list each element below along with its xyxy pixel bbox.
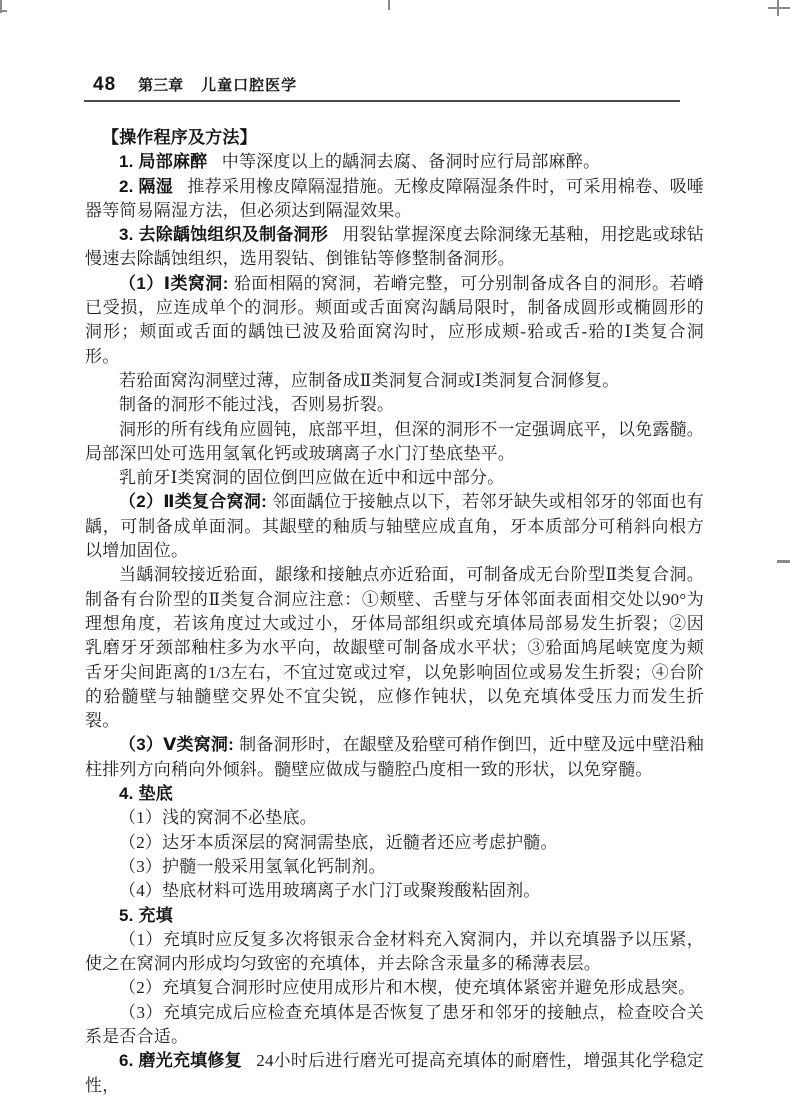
paragraph: 1. 局部麻醉中等深度以上的龋洞去腐、备洞时应行局部麻醉。 xyxy=(85,150,704,174)
paragraph: （2）Ⅱ类复合窝洞:邻面龋位于接触点以下，若邻牙缺失或相邻牙的邻面也有龋，可制备… xyxy=(85,490,704,563)
paragraph-text: 推荐采用橡皮障隔湿措施。无橡皮障隔湿条件时，可采用棉卷、吸唾器等简易隔湿方法，但… xyxy=(85,177,704,220)
paragraph: 5. 充填 xyxy=(85,904,704,928)
paragraph-text: 当龋洞较接近𬌗面，龈缘和接触点亦近𬌗面，可制备成无台阶型Ⅱ类复合洞。制备有台阶型… xyxy=(85,565,704,730)
paragraph-lead: 4. 垫底 xyxy=(119,784,173,803)
page-body: 【操作程序及方法】 1. 局部麻醉中等深度以上的龋洞去腐、备洞时应行局部麻醉。2… xyxy=(85,126,704,1098)
paragraph: （3）护髓一般采用氢氧化钙制剂。 xyxy=(85,855,704,879)
crop-mark-right-middle xyxy=(777,560,790,563)
paragraph-lead: 5. 充填 xyxy=(119,906,173,925)
paragraph: 3. 去除龋蚀组织及制备洞形用裂钻掌握深度去除洞缘无基釉，用挖匙或球钻慢速去除龋… xyxy=(85,223,704,272)
paragraph: 当龋洞较接近𬌗面，龈缘和接触点亦近𬌗面，可制备成无台阶型Ⅱ类复合洞。制备有台阶型… xyxy=(85,563,704,733)
paragraph-lead: 3. 去除龋蚀组织及制备洞形 xyxy=(119,225,328,244)
crop-mark-top-right-horizontal xyxy=(768,7,790,9)
paragraph: （2）达牙本质深层的窝洞需垫底，近髓者还应考虑护髓。 xyxy=(85,831,704,855)
paragraph-text: 中等深度以上的龋洞去腐、备洞时应行局部麻醉。 xyxy=(222,152,600,171)
book-title: 儿童口腔医学 xyxy=(201,74,297,95)
paragraph-text: （2）达牙本质深层的窝洞需垫底，近髓者还应考虑护髓。 xyxy=(119,833,558,852)
paragraph: （1）Ⅰ类窝洞:𬌗面相隔的窝洞，若嵴完整，可分别制备成各自的洞形。若嵴已受损，应… xyxy=(85,272,704,369)
crop-mark-top-left-horizontal xyxy=(0,10,7,12)
paragraph-lead: 1. 局部麻醉 xyxy=(119,152,207,171)
paragraph: 制备的洞形不能过浅，否则易折裂。 xyxy=(85,393,704,417)
paragraph-text: 乳前牙Ⅰ类窝洞的固位倒凹应做在近中和远中部分。 xyxy=(119,468,504,487)
paragraph-text: （2）充填复合洞形时应使用成形片和木楔，使充填体紧密并避免形成悬突。 xyxy=(119,978,695,997)
paragraph: （3）Ⅴ类窝洞:制备洞形时，在龈壁及𬌗壁可稍作倒凹，近中壁及远中壁沿釉柱排列方向… xyxy=(85,733,704,782)
paragraph: （1）浅的窝洞不必垫底。 xyxy=(85,806,704,830)
paragraph-lead: （3）Ⅴ类窝洞: xyxy=(119,735,234,754)
paragraph: （3）充填完成后应检查充填体是否恢复了患牙和邻牙的接触点，检查咬合关系是否合适。 xyxy=(85,1001,704,1050)
paragraph-text: （3）护髓一般采用氢氧化钙制剂。 xyxy=(119,857,386,876)
paragraph-text: 若𬌗面窝沟洞壁过薄，应制备成Ⅱ类洞复合洞或Ⅰ类洞复合洞修复。 xyxy=(119,371,619,390)
paragraph-lead: （2）Ⅱ类复合窝洞: xyxy=(119,492,267,511)
page-number: 48 xyxy=(93,74,116,96)
paragraph-text: （4）垫底材料可选用玻璃离子水门汀或聚羧酸粘固剂。 xyxy=(119,881,541,900)
paragraph-text: （1）浅的窝洞不必垫底。 xyxy=(119,808,317,827)
paragraph-lead: （1）Ⅰ类窝洞: xyxy=(119,274,229,293)
crop-mark-top-center xyxy=(388,0,390,10)
paragraph-lead: 2. 隔湿 xyxy=(119,177,173,196)
paragraph: （2）充填复合洞形时应使用成形片和木楔，使充填体紧密并避免形成悬突。 xyxy=(85,976,704,1000)
paragraph-text: 制备的洞形不能过浅，否则易折裂。 xyxy=(119,395,394,414)
scanned-book-page: { "page": { "number": "48", "chapter": "… xyxy=(0,0,790,1100)
paragraph-lead: 6. 磨光充填修复 xyxy=(119,1051,242,1070)
paragraph-text: （3）充填完成后应检查充填体是否恢复了患牙和邻牙的接触点，检查咬合关系是否合适。 xyxy=(85,1003,704,1046)
section-heading: 【操作程序及方法】 xyxy=(85,126,704,150)
paragraph: 洞形的所有线角应圆钝，底部平坦，但深的洞形不一定强调底平，以免露髓。局部深凹处可… xyxy=(85,418,704,467)
chapter-label: 第三章 xyxy=(138,74,183,95)
paragraph: 乳前牙Ⅰ类窝洞的固位倒凹应做在近中和远中部分。 xyxy=(85,466,704,490)
paragraph: 6. 磨光充填修复24小时后进行磨光可提高充填体的耐磨性，增强其化学稳定性， xyxy=(85,1049,704,1098)
content-paragraphs: 1. 局部麻醉中等深度以上的龋洞去腐、备洞时应行局部麻醉。2. 隔湿推荐采用橡皮… xyxy=(85,150,704,1098)
paragraph-text: 洞形的所有线角应圆钝，底部平坦，但深的洞形不一定强调底平，以免露髓。局部深凹处可… xyxy=(85,420,704,463)
paragraph: 若𬌗面窝沟洞壁过薄，应制备成Ⅱ类洞复合洞或Ⅰ类洞复合洞修复。 xyxy=(85,369,704,393)
paragraph-text: （1）充填时应反复多次将银汞合金材料充入窝洞内，并以充填器予以压紧，使之在窝洞内… xyxy=(85,930,704,973)
paragraph: 2. 隔湿推荐采用橡皮障隔湿措施。无橡皮障隔湿条件时，可采用棉卷、吸唾器等简易隔… xyxy=(85,175,704,224)
paragraph: （4）垫底材料可选用玻璃离子水门汀或聚羧酸粘固剂。 xyxy=(85,879,704,903)
paragraph: 4. 垫底 xyxy=(85,782,704,806)
running-head: 48 第三章 儿童口腔医学 xyxy=(93,74,297,96)
paragraph: （1）充填时应反复多次将银汞合金材料充入窝洞内，并以充填器予以压紧，使之在窝洞内… xyxy=(85,928,704,977)
header-rule xyxy=(84,100,680,102)
